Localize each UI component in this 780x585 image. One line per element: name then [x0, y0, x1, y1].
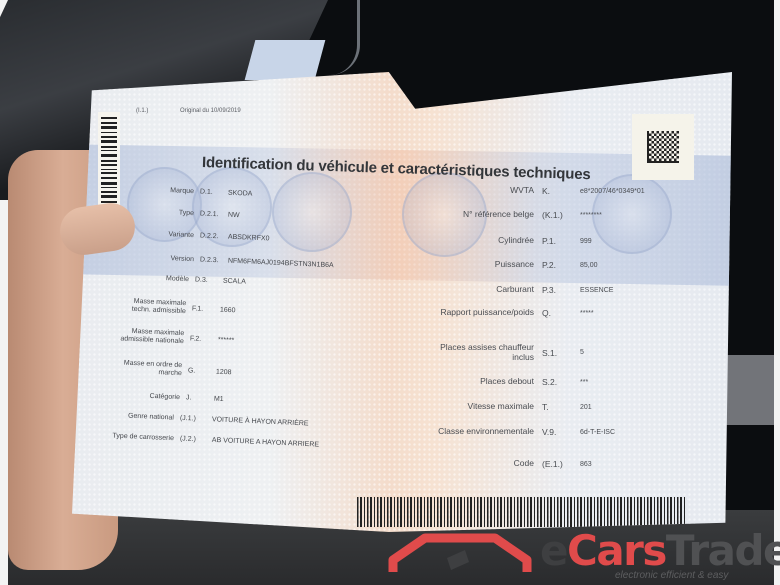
registration-certificate: (I.1.) Original du 10/09/2019 Identifica… — [72, 72, 732, 532]
field-value: M1 — [210, 395, 224, 403]
field-code: D.2.2. — [194, 232, 224, 240]
field-value: 201 — [574, 404, 592, 411]
paper-behind — [245, 40, 326, 80]
field-rapport-puissance: Rapport puissance/poids Q. ***** — [434, 308, 594, 318]
field-code: D.3. — [189, 276, 219, 284]
field-code: S.2. — [534, 377, 574, 387]
field-code: (K.1.) — [534, 210, 574, 220]
field-cylindree: Cylindrée P.1. 999 — [434, 236, 592, 246]
field-value: 6d-T-E-ISC — [574, 429, 615, 436]
background-object — [720, 355, 774, 425]
field-code: S.1. — [534, 348, 574, 358]
field-code: J. — [180, 394, 210, 402]
field-carburant: Carburant P.3. ESSENCE — [434, 285, 613, 295]
field-places-debout: Places debout S.2. *** — [434, 377, 588, 387]
field-puissance: Puissance P.2. 85,00 — [434, 260, 598, 270]
field-value: ESSENCE — [574, 287, 613, 294]
field-value: ****** — [214, 336, 235, 344]
field-label: Puissance — [434, 260, 534, 270]
field-code: P.3. — [534, 285, 574, 295]
field-code: P.1. — [534, 236, 574, 246]
field-label: Places assises chauffeur inclus — [434, 343, 534, 363]
field-label: N° référence belge — [434, 210, 534, 220]
field-code: Q. — [534, 308, 574, 318]
original-date: Original du 10/09/2019 — [180, 108, 241, 114]
field-label: Classe environnementale — [434, 427, 534, 437]
field-value: e8*2007/46*0349*01 — [574, 188, 645, 195]
brand-tagline: electronic efficient & easy — [615, 570, 728, 581]
field-type-carrosserie: Type de carrosserie (J.2.) AB VOITURE A … — [78, 431, 319, 449]
field-value: 1208 — [212, 368, 232, 376]
field-label: Masse maximale techn. admissible — [114, 297, 187, 317]
image-border-right — [774, 0, 780, 585]
field-genre-national: Genre national (J.1.) VOITURE À HAYON AR… — [92, 411, 309, 427]
field-code: G. — [182, 367, 212, 375]
field-label: Vitesse maximale — [434, 402, 534, 412]
field-value: SCALA — [219, 277, 246, 285]
field-code: F.1. — [186, 305, 216, 313]
field-code: D.2.3. — [194, 256, 224, 264]
field-code: K. — [534, 186, 574, 196]
field-categorie: Catégorie J. M1 — [108, 391, 224, 403]
field-label: WVTA — [434, 186, 534, 196]
field-label: Code — [434, 459, 534, 469]
datamatrix-code — [632, 114, 694, 180]
field-masse-max-techn: Masse maximale techn. admissible F.1. 16… — [114, 297, 236, 319]
brand-name: eCarsTrade — [540, 526, 780, 575]
ecarstrade-watermark: eCarsTrade electronic efficient & easy — [385, 528, 780, 585]
field-value: 863 — [574, 461, 592, 468]
field-value: 85,00 — [574, 262, 598, 269]
field-code: D.1. — [194, 188, 224, 196]
field-label: Places debout — [434, 377, 534, 387]
field-value: NW — [224, 211, 240, 219]
field-label: Type de carrosserie — [78, 431, 174, 442]
field-value: 999 — [574, 238, 592, 245]
barcode-vertical — [98, 112, 120, 212]
field-code: (E.1.) — [534, 459, 574, 469]
field-label: Catégorie — [108, 391, 180, 401]
field-code: F.2. — [184, 335, 214, 343]
field-value: 1660 — [216, 306, 236, 314]
field-label: Rapport puissance/poids — [434, 308, 534, 318]
rosette-icon — [272, 172, 352, 252]
field-label: Genre national — [92, 411, 174, 422]
field-code: D.2.1. — [194, 210, 224, 218]
field-code: (J.1.) — [174, 415, 208, 423]
field-label: Masse en ordre de marche — [110, 359, 183, 379]
field-code-e1: Code (E.1.) 863 — [434, 459, 592, 469]
field-vitesse-max: Vitesse maximale T. 201 — [434, 402, 592, 412]
field-label: Cylindrée — [434, 236, 534, 246]
field-value: SKODA — [224, 189, 253, 197]
field-value: VOITURE À HAYON ARRIÈRE — [208, 416, 309, 427]
field-ref-belge: N° référence belge (K.1.) ******** — [434, 210, 602, 220]
field-value: 5 — [574, 349, 584, 356]
field-code: V.9. — [534, 427, 574, 437]
field-label: Masse maximale admissible nationale — [112, 327, 185, 347]
field-code: T. — [534, 402, 574, 412]
field-code: (J.2.) — [174, 435, 208, 443]
field-value: ******** — [574, 212, 602, 219]
field-masse-ordre-marche: Masse en ordre de marche G. 1208 — [110, 359, 232, 381]
field-value: AB VOITURE A HAYON ARRIERE — [208, 437, 319, 449]
field-places-assises: Places assises chauffeur inclus S.1. 5 — [434, 343, 584, 363]
header-ref: (I.1.) — [136, 108, 148, 114]
cable — [330, 0, 360, 75]
field-label: Carburant — [434, 285, 534, 295]
field-classe-env: Classe environnementale V.9. 6d-T-E-ISC — [434, 427, 615, 437]
car-roof-icon — [385, 532, 535, 580]
field-value: ***** — [574, 310, 594, 317]
field-masse-max-nationale: Masse maximale admissible nationale F.2.… — [112, 327, 235, 349]
field-wvta: WVTA K. e8*2007/46*0349*01 — [434, 186, 645, 196]
field-code: P.2. — [534, 260, 574, 270]
barcode-horizontal — [357, 497, 687, 527]
field-value: *** — [574, 379, 588, 386]
